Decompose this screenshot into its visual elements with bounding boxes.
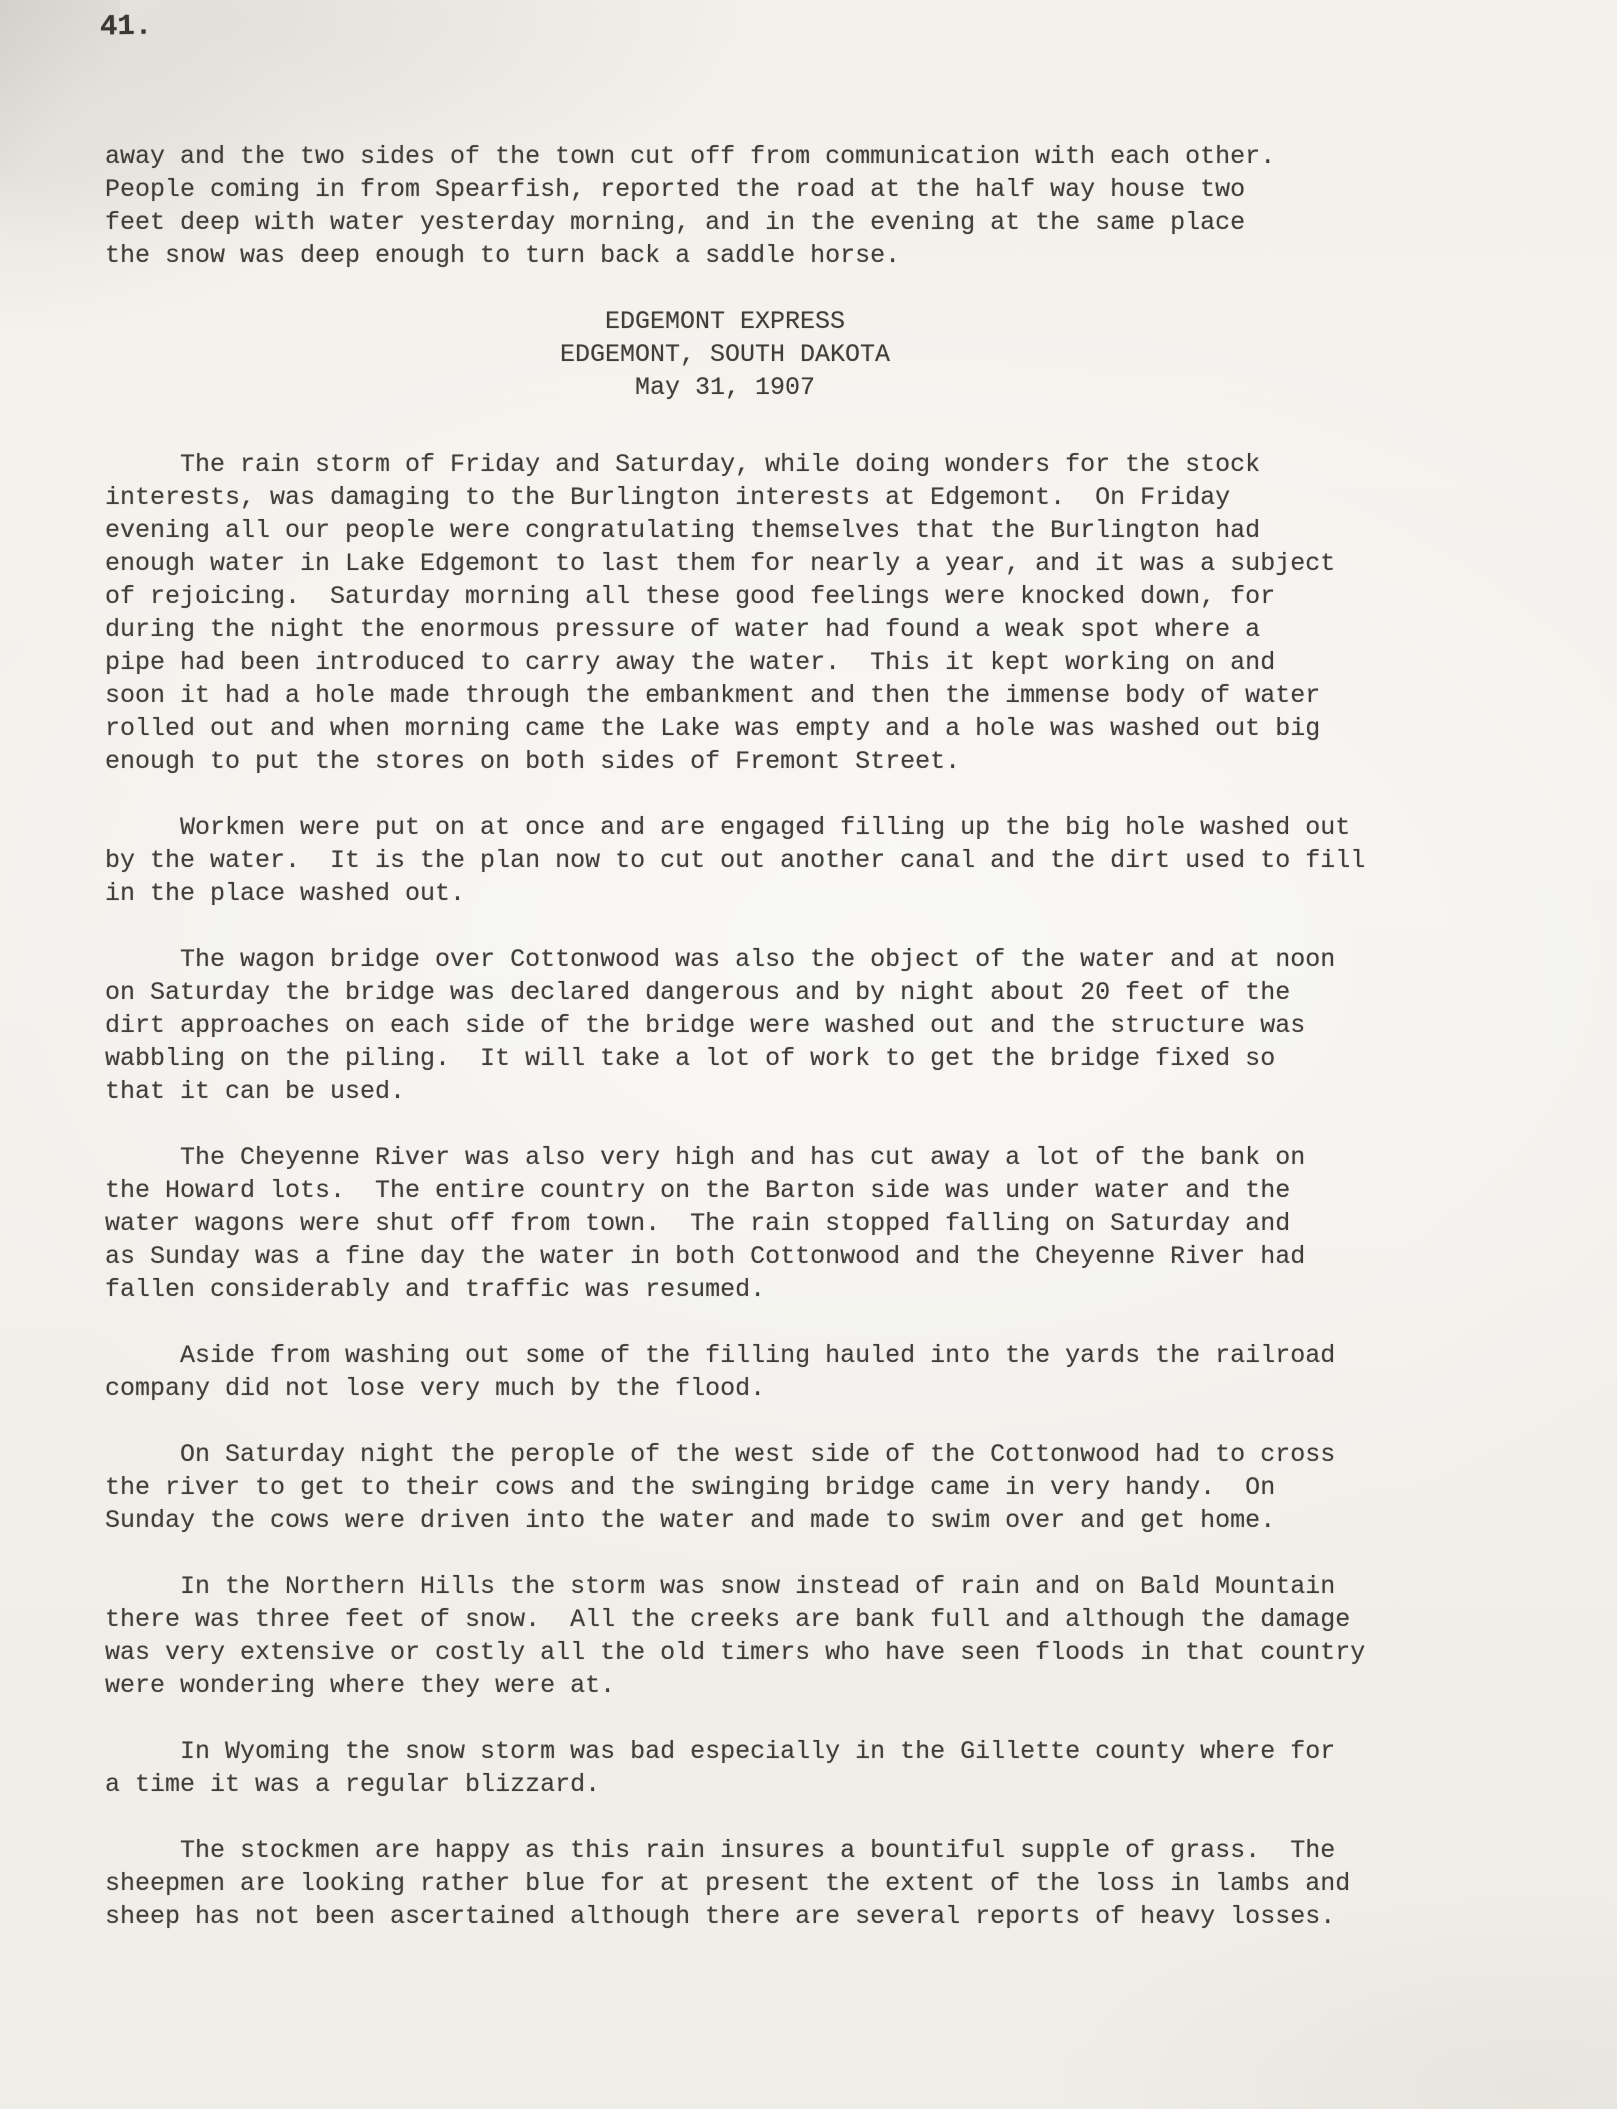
text-line: in the place washed out. bbox=[105, 877, 1515, 910]
text-line: The wagon bridge over Cottonwood was als… bbox=[105, 943, 1515, 976]
text-line: were wondering where they were at. bbox=[105, 1669, 1515, 1702]
text-line: water wagons were shut off from town. Th… bbox=[105, 1207, 1515, 1240]
text-line: feet deep with water yesterday morning, … bbox=[105, 206, 1515, 239]
text-line: of rejoicing. Saturday morning all these… bbox=[105, 580, 1515, 613]
text-line: On Saturday night the perople of the wes… bbox=[105, 1438, 1515, 1471]
text-line: Sunday the cows were driven into the wat… bbox=[105, 1504, 1515, 1537]
masthead-date: May 31, 1907 bbox=[20, 371, 1430, 404]
text-line: on Saturday the bridge was declared dang… bbox=[105, 976, 1515, 1009]
text-line: by the water. It is the plan now to cut … bbox=[105, 844, 1515, 877]
text-line: interests, was damaging to the Burlingto… bbox=[105, 481, 1515, 514]
text-line: The Cheyenne River was also very high an… bbox=[105, 1141, 1515, 1174]
text-line: enough water in Lake Edgemont to last th… bbox=[105, 547, 1515, 580]
text-line: there was three feet of snow. All the cr… bbox=[105, 1603, 1515, 1636]
text-line: wabbling on the piling. It will take a l… bbox=[105, 1042, 1515, 1075]
text-line: soon it had a hole made through the emba… bbox=[105, 679, 1515, 712]
paragraph: The Cheyenne River was also very high an… bbox=[105, 1141, 1515, 1306]
document-page: 41. away and the two sides of the town c… bbox=[0, 0, 1617, 2109]
continuation-paragraphs: away and the two sides of the town cut o… bbox=[105, 140, 1515, 272]
page-number: 41. bbox=[100, 10, 153, 44]
paragraph: In the Northern Hills the storm was snow… bbox=[105, 1570, 1515, 1702]
text-line: was very extensive or costly all the old… bbox=[105, 1636, 1515, 1669]
text-line: sheep has not been ascertained although … bbox=[105, 1900, 1515, 1933]
paragraph: The wagon bridge over Cottonwood was als… bbox=[105, 943, 1515, 1108]
text-line: away and the two sides of the town cut o… bbox=[105, 140, 1515, 173]
paragraph: The stockmen are happy as this rain insu… bbox=[105, 1834, 1515, 1933]
text-line: evening all our people were congratulati… bbox=[105, 514, 1515, 547]
paragraph: On Saturday night the perople of the wes… bbox=[105, 1438, 1515, 1537]
text-line: during the night the enormous pressure o… bbox=[105, 613, 1515, 646]
masthead-title: EDGEMONT EXPRESS bbox=[20, 305, 1430, 338]
text-line: In the Northern Hills the storm was snow… bbox=[105, 1570, 1515, 1603]
text-line: Aside from washing out some of the filli… bbox=[105, 1339, 1515, 1372]
article-masthead: EDGEMONT EXPRESS EDGEMONT, SOUTH DAKOTA … bbox=[20, 305, 1430, 404]
masthead-location: EDGEMONT, SOUTH DAKOTA bbox=[20, 338, 1430, 371]
text-line: Workmen were put on at once and are enga… bbox=[105, 811, 1515, 844]
text-line: In Wyoming the snow storm was bad especi… bbox=[105, 1735, 1515, 1768]
text-line: company did not lose very much by the fl… bbox=[105, 1372, 1515, 1405]
paragraph: Workmen were put on at once and are enga… bbox=[105, 811, 1515, 910]
text-line: the snow was deep enough to turn back a … bbox=[105, 239, 1515, 272]
text-line: dirt approaches on each side of the brid… bbox=[105, 1009, 1515, 1042]
text-line: The rain storm of Friday and Saturday, w… bbox=[105, 448, 1515, 481]
text-line: enough to put the stores on both sides o… bbox=[105, 745, 1515, 778]
text-line: the river to get to their cows and the s… bbox=[105, 1471, 1515, 1504]
text-line: People coming in from Spearfish, reporte… bbox=[105, 173, 1515, 206]
text-line: sheepmen are looking rather blue for at … bbox=[105, 1867, 1515, 1900]
text-line: the Howard lots. The entire country on t… bbox=[105, 1174, 1515, 1207]
text-line: that it can be used. bbox=[105, 1075, 1515, 1108]
text-line: as Sunday was a fine day the water in bo… bbox=[105, 1240, 1515, 1273]
paragraph: away and the two sides of the town cut o… bbox=[105, 140, 1515, 272]
text-line: a time it was a regular blizzard. bbox=[105, 1768, 1515, 1801]
article-paragraphs: The rain storm of Friday and Saturday, w… bbox=[105, 448, 1515, 1933]
text-line: fallen considerably and traffic was resu… bbox=[105, 1273, 1515, 1306]
text-line: The stockmen are happy as this rain insu… bbox=[105, 1834, 1515, 1867]
page-content: away and the two sides of the town cut o… bbox=[105, 140, 1515, 1966]
text-line: rolled out and when morning came the Lak… bbox=[105, 712, 1515, 745]
paragraph: Aside from washing out some of the filli… bbox=[105, 1339, 1515, 1405]
paragraph: In Wyoming the snow storm was bad especi… bbox=[105, 1735, 1515, 1801]
paragraph: The rain storm of Friday and Saturday, w… bbox=[105, 448, 1515, 778]
text-line: pipe had been introduced to carry away t… bbox=[105, 646, 1515, 679]
